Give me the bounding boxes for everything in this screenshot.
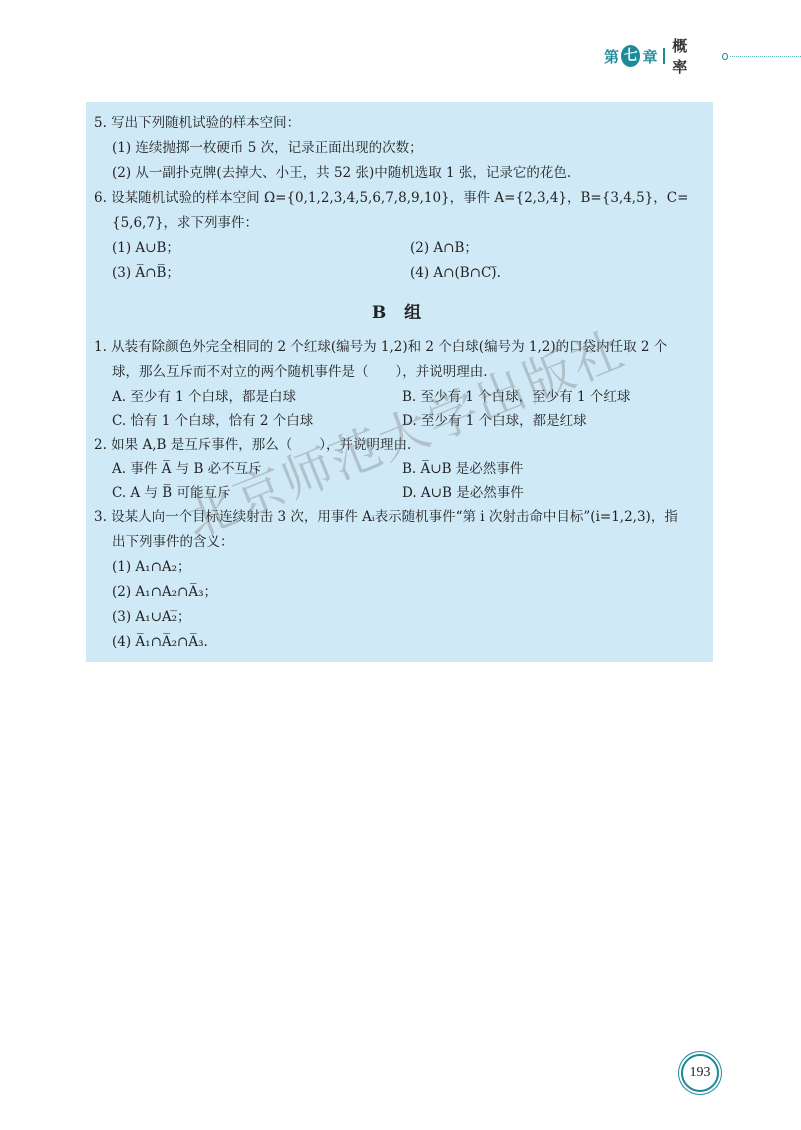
b-q3-item-3: (3) A₁∪A₂̅； (112, 608, 191, 626)
q6-stem-line2: {5,6,7}，求下列事件： (112, 214, 258, 232)
q5-item-1: (1) 连续抛掷一枚硬币 5 次，记录正面出现的次数； (112, 139, 423, 157)
header-dot-icon (722, 53, 728, 60)
b-q3-item-4: (4) A̅₁∩A̅₂∩A̅₃. (112, 633, 208, 651)
q6-item-4: (4) A∩(B∩C)̅. (410, 264, 501, 282)
q5-item-2: (2) 从一副扑克牌(去掉大、小王，共 52 张)中随机选取 1 张，记录它的花… (112, 164, 571, 182)
b-q2-option-d: D. A∪B 是必然事件 (402, 484, 524, 502)
header-dotted-line (730, 56, 801, 57)
header-divider (663, 48, 665, 64)
chapter-header: 第 七 章 概率 (604, 44, 801, 68)
b-q3-item-2: (2) A₁∩A₂∩A̅₃； (112, 583, 217, 601)
b-q1-option-a: A. 至少有 1 个白球，都是白球 (112, 388, 296, 406)
b-q1-stem-line2: 球，那么互斥而不对立的两个随机事件是（ ），并说明理由. (112, 363, 488, 381)
chapter-number-badge: 七 (621, 45, 640, 67)
q6-item-1: (1) A∪B； (112, 239, 180, 257)
chapter-suffix: 章 (642, 46, 657, 67)
b-q1-option-c: C. 恰有 1 个白球，恰有 2 个白球 (112, 412, 313, 430)
q6-stem-line1: 6. 设某随机试验的样本空间 Ω={0,1,2,3,4,5,6,7,8,9,10… (94, 189, 688, 207)
q5-stem: 5. 写出下列随机试验的样本空间： (94, 114, 300, 132)
q6-item-2: (2) A∩B； (410, 239, 478, 257)
chapter-prefix: 第 (604, 46, 619, 67)
page-number: 193 (681, 1054, 719, 1092)
b-q3-stem-line1: 3. 设某人向一个目标连续射击 3 次，用事件 Aᵢ表示随机事件“第 i 次射击… (94, 508, 678, 526)
b-q3-item-1: (1) A₁∩A₂； (112, 558, 191, 576)
q6-item-3: (3) A̅∩B̅； (112, 264, 180, 282)
chapter-title: 概率 (672, 35, 720, 77)
group-b-title: B 组 (86, 298, 713, 323)
